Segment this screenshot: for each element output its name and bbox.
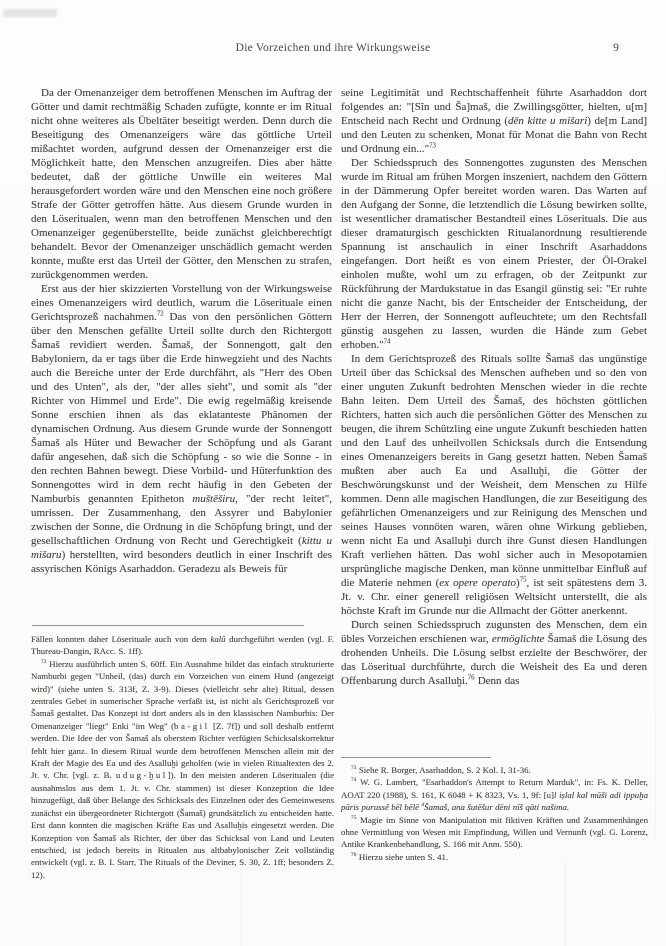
footnote-number: 75 [351,815,356,821]
footnote-number: 76 [351,852,356,858]
sumerian-term: udug-ḫul [116,770,168,780]
footnote-number: 73 [351,765,356,771]
right-column-body-text: seine Legitimität und Rechtschaffenheit … [341,86,647,752]
body-paragraph: Durch seinen Schiedsspruch zugunsten des… [341,618,647,688]
left-column-body-text: Da der Omenanzeiger dem betroffenen Mens… [31,86,332,620]
emphasized-term: kittu u mišaru [31,535,332,561]
footnote: 73 Siehe R. Borger, Asarhaddon, S. 2 Kol… [341,764,648,776]
footnote-separator-right [341,757,491,758]
left-column-footnotes: Fällen konnten daher Löserituale auch vo… [31,633,334,935]
running-header-title: Die Vorzeichen und ihre Wirkungsweise [0,42,666,54]
footnote-ref: 73 [429,142,436,149]
footnote: 74 W. G. Lambert, "Esarhaddon's Attempt … [341,776,648,813]
emphasized-term: ex opere operato [439,577,516,589]
sumerian-term: ba-gil [174,721,210,731]
body-paragraph: seine Legitimität und Rechtschaffenheit … [341,86,647,156]
footnote-ref: 72 [157,310,164,317]
footnote-ref: 76 [468,674,475,681]
emphasized-term: dēn kitte u mišari [508,115,587,127]
body-paragraph: In dem Gerichtsprozeß des Rituals sollte… [341,352,647,618]
footnote-ref: 75 [520,576,527,583]
footnote: 75 Magie im Sinne von Manipulation mit f… [341,814,648,851]
footnote: 72 Hierzu ausführlich unten S. 60ff. Ein… [31,658,334,881]
scan-artifact-line [655,540,656,840]
body-paragraph: Der Schiedsspruch des Sonnengottes zugun… [341,156,647,352]
emphasized-term: Šamaš, ana šutēšur dēni nīš qāti našima. [424,802,569,812]
footnote-number: 72 [41,659,46,665]
footnote-separator-left [32,625,304,626]
emphasized-term: muštēširu [192,493,235,505]
scan-artifact [3,9,57,17]
footnote: Fällen konnten daher Löserituale auch vo… [31,633,334,658]
right-column-footnotes: 73 Siehe R. Borger, Asarhaddon, S. 2 Kol… [341,764,648,939]
emphasized-term: kalû [210,634,225,644]
emphasized-term: ermöglichte [492,633,545,645]
footnote: 76 Hierzu siehe unten S. 41. [341,851,648,863]
footnote-ref: 74 [384,338,391,345]
body-paragraph: Da der Omenanzeiger dem betroffenen Mens… [31,86,332,282]
book-page-scan: Die Vorzeichen und ihre Wirkungsweise 9 … [0,0,666,946]
page-number: 9 [598,42,634,54]
body-paragraph: Erst aus der hier skizzierten Vorstellun… [31,282,332,576]
footnote-number: 74 [351,777,356,783]
